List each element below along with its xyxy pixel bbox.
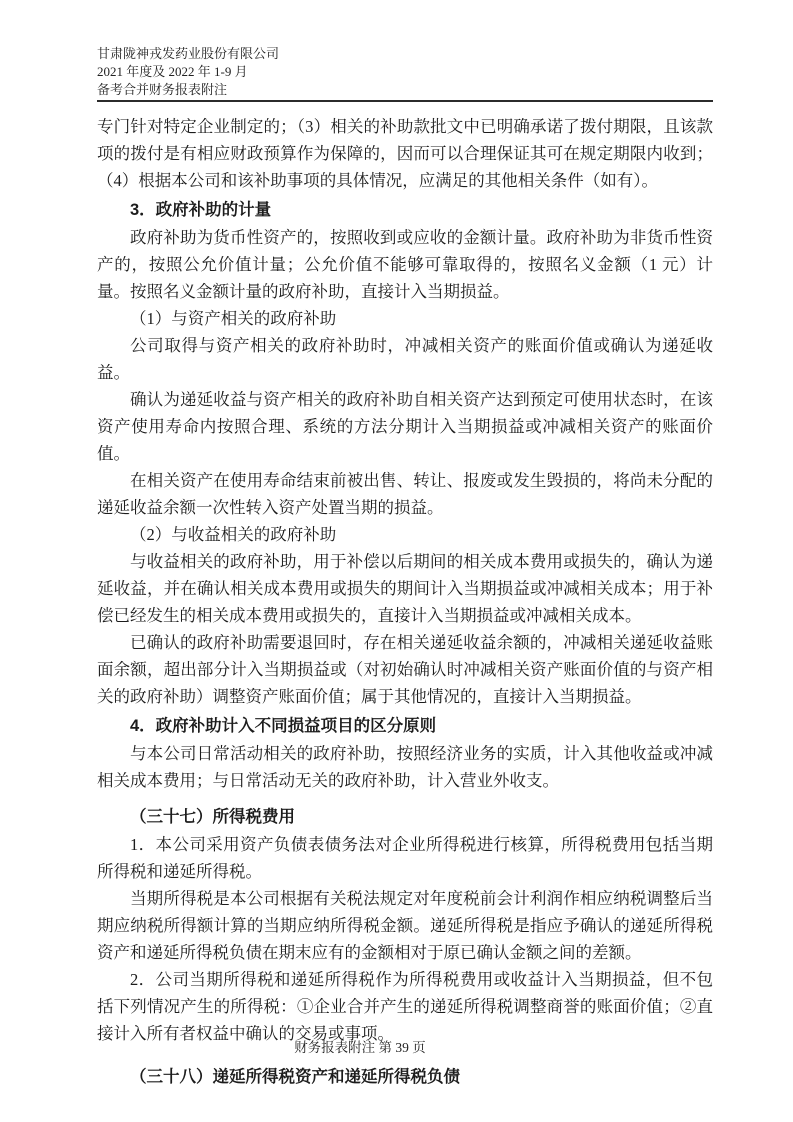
- subitem-heading-1: （1）与资产相关的政府补助: [97, 305, 713, 332]
- paragraph: 1．本公司采用资产负债表债务法对企业所得税进行核算，所得税费用包括当期所得税和递…: [97, 831, 713, 885]
- paragraph: 在相关资产在使用寿命结束前被出售、转让、报废或发生毁损的，将尚未分配的递延收益余…: [97, 467, 713, 521]
- subitem-heading-2: （2）与收益相关的政府补助: [97, 521, 713, 548]
- paragraph: 公司取得与资产相关的政府补助时，冲减相关资产的账面价值或确认为递延收益。: [97, 332, 713, 386]
- section-heading-37: （三十七）所得税费用: [97, 804, 713, 831]
- paragraph: 与本公司日常活动相关的政府补助，按照经济业务的实质，计入其他收益或冲减相关成本费…: [97, 740, 713, 794]
- numbered-heading-4: 4．政府补助计入不同损益项目的区分原则: [97, 713, 713, 740]
- paragraph: 当期所得税是本公司根据有关税法规定对年度税前会计利润作相应纳税调整后当期应纳税所…: [97, 885, 713, 966]
- paragraph: 2．公司当期所得税和递延所得税作为所得税费用或收益计入当期损益，但不包括下列情况…: [97, 966, 713, 1047]
- numbered-heading-3: 3．政府补助的计量: [97, 197, 713, 224]
- paragraph: 政府补助为货币性资产的，按照收到或应收的金额计量。政府补助为非货币性资产的，按照…: [97, 224, 713, 305]
- header-report-period: 2021 年度及 2022 年 1-9 月: [97, 63, 713, 81]
- paragraph: 确认为递延收益与资产相关的政府补助自相关资产达到预定可使用状态时，在该资产使用寿…: [97, 386, 713, 467]
- header-company-name: 甘肃陇神戎发药业股份有限公司: [97, 45, 713, 63]
- content-column: 甘肃陇神戎发药业股份有限公司 2021 年度及 2022 年 1-9 月 备考合…: [97, 45, 713, 1091]
- paragraph: 与收益相关的政府补助，用于补偿以后期间的相关成本费用或损失的，确认为递延收益，并…: [97, 548, 713, 629]
- footer-page-label: 财务报表附注 第 39 页: [294, 1040, 426, 1055]
- paragraph: 已确认的政府补助需要退回时，存在相关递延收益余额的，冲减相关递延收益账面余额，超…: [97, 629, 713, 710]
- page-header: 甘肃陇神戎发药业股份有限公司 2021 年度及 2022 年 1-9 月 备考合…: [97, 45, 713, 102]
- document-body: 专门针对特定企业制定的；（3）相关的补助款批文中已明确承诺了拨付期限，且该款项的…: [97, 113, 713, 1091]
- header-doc-title: 备考合并财务报表附注: [97, 81, 713, 99]
- section-heading-38: （三十八）递延所得税资产和递延所得税负债: [97, 1064, 713, 1091]
- document-page: 甘肃陇神戎发药业股份有限公司 2021 年度及 2022 年 1-9 月 备考合…: [0, 0, 793, 1122]
- paragraph-continuation: 专门针对特定企业制定的；（3）相关的补助款批文中已明确承诺了拨付期限，且该款项的…: [97, 113, 713, 194]
- page-footer: 财务报表附注 第 39 页: [0, 1038, 720, 1058]
